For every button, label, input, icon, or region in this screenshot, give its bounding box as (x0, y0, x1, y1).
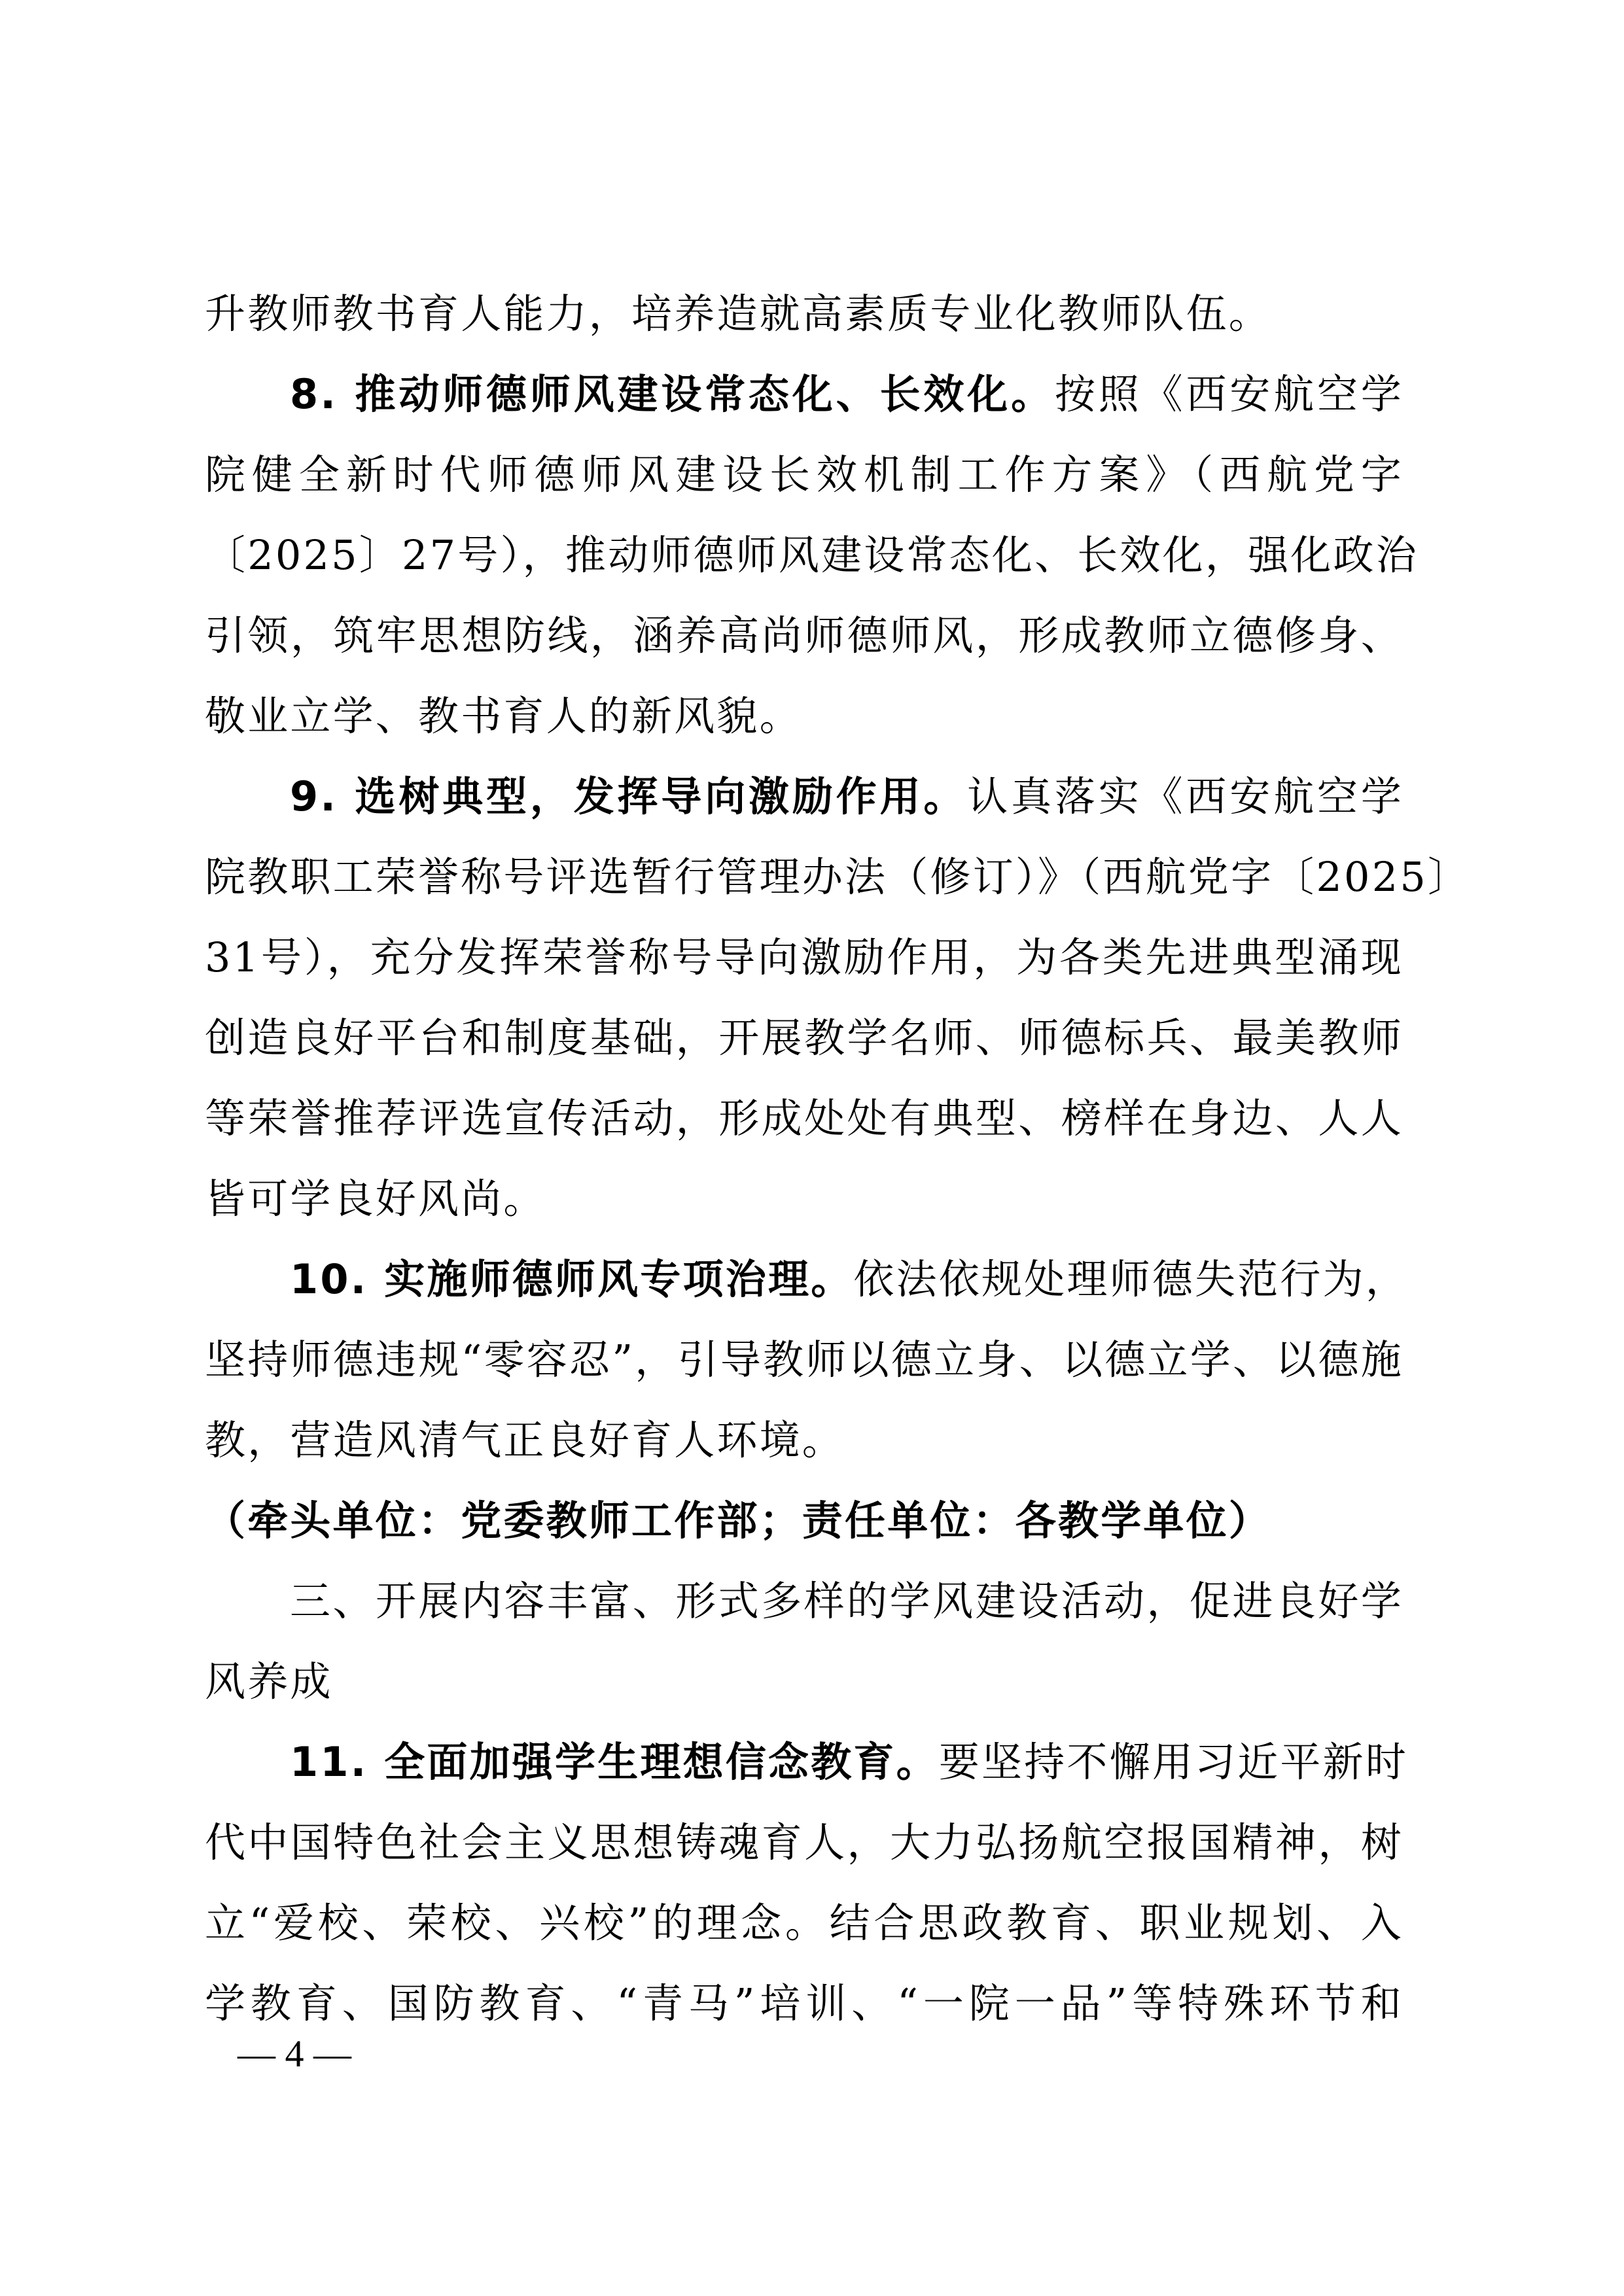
item-8-title: 8. 推动师德师风建设常态化、长效化。 (290, 370, 1055, 418)
document-page: 升教师教书育人能力，培养造就高素质专业化教师队伍。 8. 推动师德师风建设常态化… (0, 0, 1624, 2296)
paragraph-line: 院教职工荣誉称号评选暂行管理办法（修订）》（西航党字〔2025〕 (205, 837, 1403, 917)
page-number: — 4 — (238, 2031, 351, 2077)
item-8-text: 按照《西安航空学 (1055, 370, 1403, 418)
paragraph-text: 坚持师德违规“零容忍”，引导教师以德立身、以德立学、以德施 (205, 1319, 1403, 1400)
paragraph-line: 皆可学良好风尚。 (205, 1158, 1403, 1239)
paragraph-line: 31号），充分发挥荣誉称号导向激励作用，为各类先进典型涌现 (205, 917, 1403, 998)
item-10-text: 依法依规处理师德失范行为， (853, 1255, 1408, 1303)
paragraph-line: 升教师教书育人能力，培养造就高素质专业化教师队伍。 (205, 273, 1403, 354)
paragraph-line: 〔2025〕27号），推动师德师风建设常态化、长效化，强化政治 (205, 515, 1403, 595)
section-heading-text: 三、开展内容丰富、形式多样的学风建设活动，促进良好学 (290, 1561, 1403, 1641)
paragraph-line: 敬业立学、教书育人的新风貌。 (205, 676, 1403, 756)
section-heading-line-1: 三、开展内容丰富、形式多样的学风建设活动，促进良好学 (205, 1561, 1403, 1641)
item-9-title: 9. 选树典型，发挥导向激励作用。 (290, 773, 967, 820)
document-body: 升教师教书育人能力，培养造就高素质专业化教师队伍。 8. 推动师德师风建设常态化… (205, 273, 1403, 2044)
paragraph-line: 引领，筑牢思想防线，涵养高尚师德师风，形成教师立德修身、 (205, 595, 1403, 676)
paragraph-text: 创造良好平台和制度基础，开展教学名师、师德标兵、最美教师 (205, 998, 1403, 1078)
paragraph-text: 31号），充分发挥荣誉称号导向激励作用，为各类先进典型涌现 (205, 917, 1403, 998)
paragraph-text: 院健全新时代师德师风建设长效机制工作方案》（西航党字 (205, 434, 1403, 515)
paragraph-text: 学教育、国防教育、“青马”培训、“一院一品”等特殊环节和 (205, 1963, 1403, 2044)
item-9-text: 认真落实《西安航空学 (967, 773, 1403, 820)
paragraph-text: 敬业立学、教书育人的新风貌。 (205, 676, 1403, 756)
paragraph-line: 学教育、国防教育、“青马”培训、“一院一品”等特殊环节和 (205, 1963, 1403, 2044)
paragraph-text: 立“爱校、荣校、兴校”的理念。结合思政教育、职业规划、入 (205, 1883, 1403, 1963)
item-8-line-1: 8. 推动师德师风建设常态化、长效化。按照《西安航空学 (205, 354, 1403, 434)
item-11-line-1: 11. 全面加强学生理想信念教育。要坚持不懈用习近平新时 (205, 1722, 1403, 1802)
section-heading-text: 风养成 (205, 1641, 1403, 1722)
paragraph-line: 坚持师德违规“零容忍”，引导教师以德立身、以德立学、以德施 (205, 1319, 1403, 1400)
responsibility-note: （牵头单位：党委教师工作部；责任单位：各教学单位） (205, 1480, 1403, 1561)
paragraph-line: 等荣誉推荐评选宣传活动，形成处处有典型、榜样在身边、人人 (205, 1078, 1403, 1158)
paragraph-line: 教，营造风清气正良好育人环境。 (205, 1400, 1403, 1480)
paragraph-line: 代中国特色社会主义思想铸魂育人，大力弘扬航空报国精神，树 (205, 1802, 1403, 1883)
paragraph-line: 创造良好平台和制度基础，开展教学名师、师德标兵、最美教师 (205, 998, 1403, 1078)
paragraph-line: 立“爱校、荣校、兴校”的理念。结合思政教育、职业规划、入 (205, 1883, 1403, 1963)
item-11-title: 11. 全面加强学生理想信念教育。 (290, 1738, 939, 1786)
paragraph-text: 代中国特色社会主义思想铸魂育人，大力弘扬航空报国精神，树 (205, 1802, 1403, 1883)
paragraph-text: 皆可学良好风尚。 (205, 1158, 1403, 1239)
paragraph-text: 〔2025〕27号），推动师德师风建设常态化、长效化，强化政治 (205, 515, 1403, 595)
paragraph-text: 升教师教书育人能力，培养造就高素质专业化教师队伍。 (205, 273, 1403, 354)
item-11-text: 要坚持不懈用习近平新时 (939, 1738, 1408, 1786)
item-10-line-1: 10. 实施师德师风专项治理。依法依规处理师德失范行为， (205, 1239, 1403, 1319)
responsibility-text: （牵头单位：党委教师工作部；责任单位：各教学单位） (205, 1480, 1403, 1561)
paragraph-text: 教，营造风清气正良好育人环境。 (205, 1400, 1403, 1480)
paragraph-text: 等荣誉推荐评选宣传活动，形成处处有典型、榜样在身边、人人 (205, 1078, 1403, 1158)
item-10-title: 10. 实施师德师风专项治理。 (290, 1255, 853, 1303)
item-9-line-1: 9. 选树典型，发挥导向激励作用。认真落实《西安航空学 (205, 756, 1403, 837)
paragraph-text: 引领，筑牢思想防线，涵养高尚师德师风，形成教师立德修身、 (205, 595, 1403, 676)
paragraph-line: 院健全新时代师德师风建设长效机制工作方案》（西航党字 (205, 434, 1403, 515)
paragraph-text: 院教职工荣誉称号评选暂行管理办法（修订）》（西航党字〔2025〕 (205, 837, 1403, 917)
section-heading-line-2: 风养成 (205, 1641, 1403, 1722)
